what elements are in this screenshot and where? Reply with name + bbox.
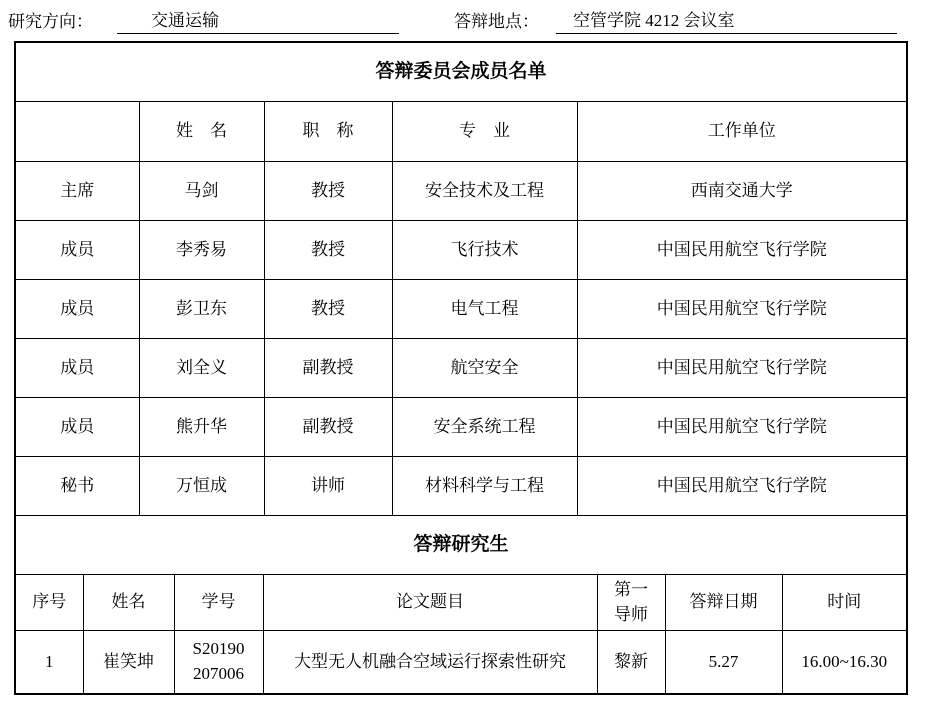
table-cell-title: 讲师 [264, 457, 392, 516]
column-header-name: 姓名 [83, 575, 174, 631]
table-cell-title: 教授 [264, 280, 392, 339]
table-cell-role: 秘书 [16, 457, 139, 516]
committee-row: 成员 李秀易 教授 飞行技术 中国民用航空飞行学院 [16, 221, 906, 280]
student-row: 1 崔笑坤 S20190 207006 大型无人机融合空域运行探索性研究 黎新 … [16, 631, 906, 694]
column-header-major: 专 业 [392, 102, 577, 162]
table-cell-studentid: S20190 207006 [174, 631, 263, 694]
column-header-studentid: 学号 [174, 575, 263, 631]
defense-location-label: 答辩地点： [454, 7, 539, 34]
table-cell-time: 16.00~16.30 [782, 631, 906, 694]
committee-row: 成员 刘全义 副教授 航空安全 中国民用航空飞行学院 [16, 339, 906, 398]
defense-document-table: 答辩委员会成员名单 姓 名 职 称 专 业 工作单位 主席 马剑 教授 安全技术… [14, 41, 908, 695]
research-direction-value: 交通运输 [117, 6, 399, 34]
table-cell-workunit: 中国民用航空飞行学院 [577, 339, 906, 398]
column-header-number: 序号 [16, 575, 83, 631]
table-cell-role: 成员 [16, 280, 139, 339]
committee-row: 成员 熊升华 副教授 安全系统工程 中国民用航空飞行学院 [16, 398, 906, 457]
table-cell-major: 航空安全 [392, 339, 577, 398]
table-cell-workunit: 中国民用航空飞行学院 [577, 280, 906, 339]
column-header-name: 姓 名 [139, 102, 264, 162]
column-header-thesis: 论文题目 [263, 575, 597, 631]
table-cell-title: 副教授 [264, 398, 392, 457]
table-cell-advisor: 黎新 [597, 631, 665, 694]
table-cell-workunit: 西南交通大学 [577, 162, 906, 221]
column-header-role [16, 102, 139, 162]
table-cell-name: 马剑 [139, 162, 264, 221]
research-direction-label: 研究方向： [8, 7, 93, 34]
table-cell-number: 1 [16, 631, 83, 694]
table-cell-thesis: 大型无人机融合空域运行探索性研究 [263, 631, 597, 694]
research-direction-field: 研究方向： 交通运输 [8, 6, 399, 34]
table-cell-major: 飞行技术 [392, 221, 577, 280]
committee-row: 秘书 万恒成 讲师 材料科学与工程 中国民用航空飞行学院 [16, 457, 906, 516]
table-cell-date: 5.27 [665, 631, 782, 694]
table-cell-major: 安全系统工程 [392, 398, 577, 457]
students-header-row: 序号 姓名 学号 论文题目 第一 导师 答辩日期 时间 [16, 575, 906, 631]
table-cell-workunit: 中国民用航空飞行学院 [577, 221, 906, 280]
table-cell-role: 主席 [16, 162, 139, 221]
committee-row: 成员 彭卫东 教授 电气工程 中国民用航空飞行学院 [16, 280, 906, 339]
defense-location-field: 答辩地点： 空管学院 4212 会议室 [454, 6, 897, 34]
table-cell-name: 刘全义 [139, 339, 264, 398]
table-cell-title: 教授 [264, 221, 392, 280]
table-cell-role: 成员 [16, 398, 139, 457]
column-header-title: 职 称 [264, 102, 392, 162]
students-table: 序号 姓名 学号 论文题目 第一 导师 答辩日期 时间 1 崔笑坤 S20190… [16, 575, 906, 693]
table-cell-title: 教授 [264, 162, 392, 221]
table-cell-role: 成员 [16, 221, 139, 280]
defense-location-value: 空管学院 4212 会议室 [556, 6, 897, 34]
table-cell-name: 李秀易 [139, 221, 264, 280]
column-header-advisor: 第一 导师 [597, 575, 665, 631]
table-cell-name: 崔笑坤 [83, 631, 174, 694]
students-section-title: 答辩研究生 [16, 516, 906, 575]
table-cell-major: 电气工程 [392, 280, 577, 339]
committee-section-title: 答辩委员会成员名单 [16, 43, 906, 102]
committee-row: 主席 马剑 教授 安全技术及工程 西南交通大学 [16, 162, 906, 221]
header-fields: 研究方向： 交通运输 答辩地点： 空管学院 4212 会议室 [0, 0, 931, 34]
table-cell-major: 安全技术及工程 [392, 162, 577, 221]
table-cell-name: 万恒成 [139, 457, 264, 516]
table-cell-workunit: 中国民用航空飞行学院 [577, 398, 906, 457]
table-cell-name: 熊升华 [139, 398, 264, 457]
column-header-workunit: 工作单位 [577, 102, 906, 162]
table-cell-role: 成员 [16, 339, 139, 398]
table-cell-workunit: 中国民用航空飞行学院 [577, 457, 906, 516]
committee-header-row: 姓 名 职 称 专 业 工作单位 [16, 102, 906, 162]
column-header-date: 答辩日期 [665, 575, 782, 631]
committee-table: 姓 名 职 称 专 业 工作单位 主席 马剑 教授 安全技术及工程 西南交通大学… [16, 102, 906, 516]
column-header-time: 时间 [782, 575, 906, 631]
table-cell-name: 彭卫东 [139, 280, 264, 339]
table-cell-title: 副教授 [264, 339, 392, 398]
table-cell-major: 材料科学与工程 [392, 457, 577, 516]
